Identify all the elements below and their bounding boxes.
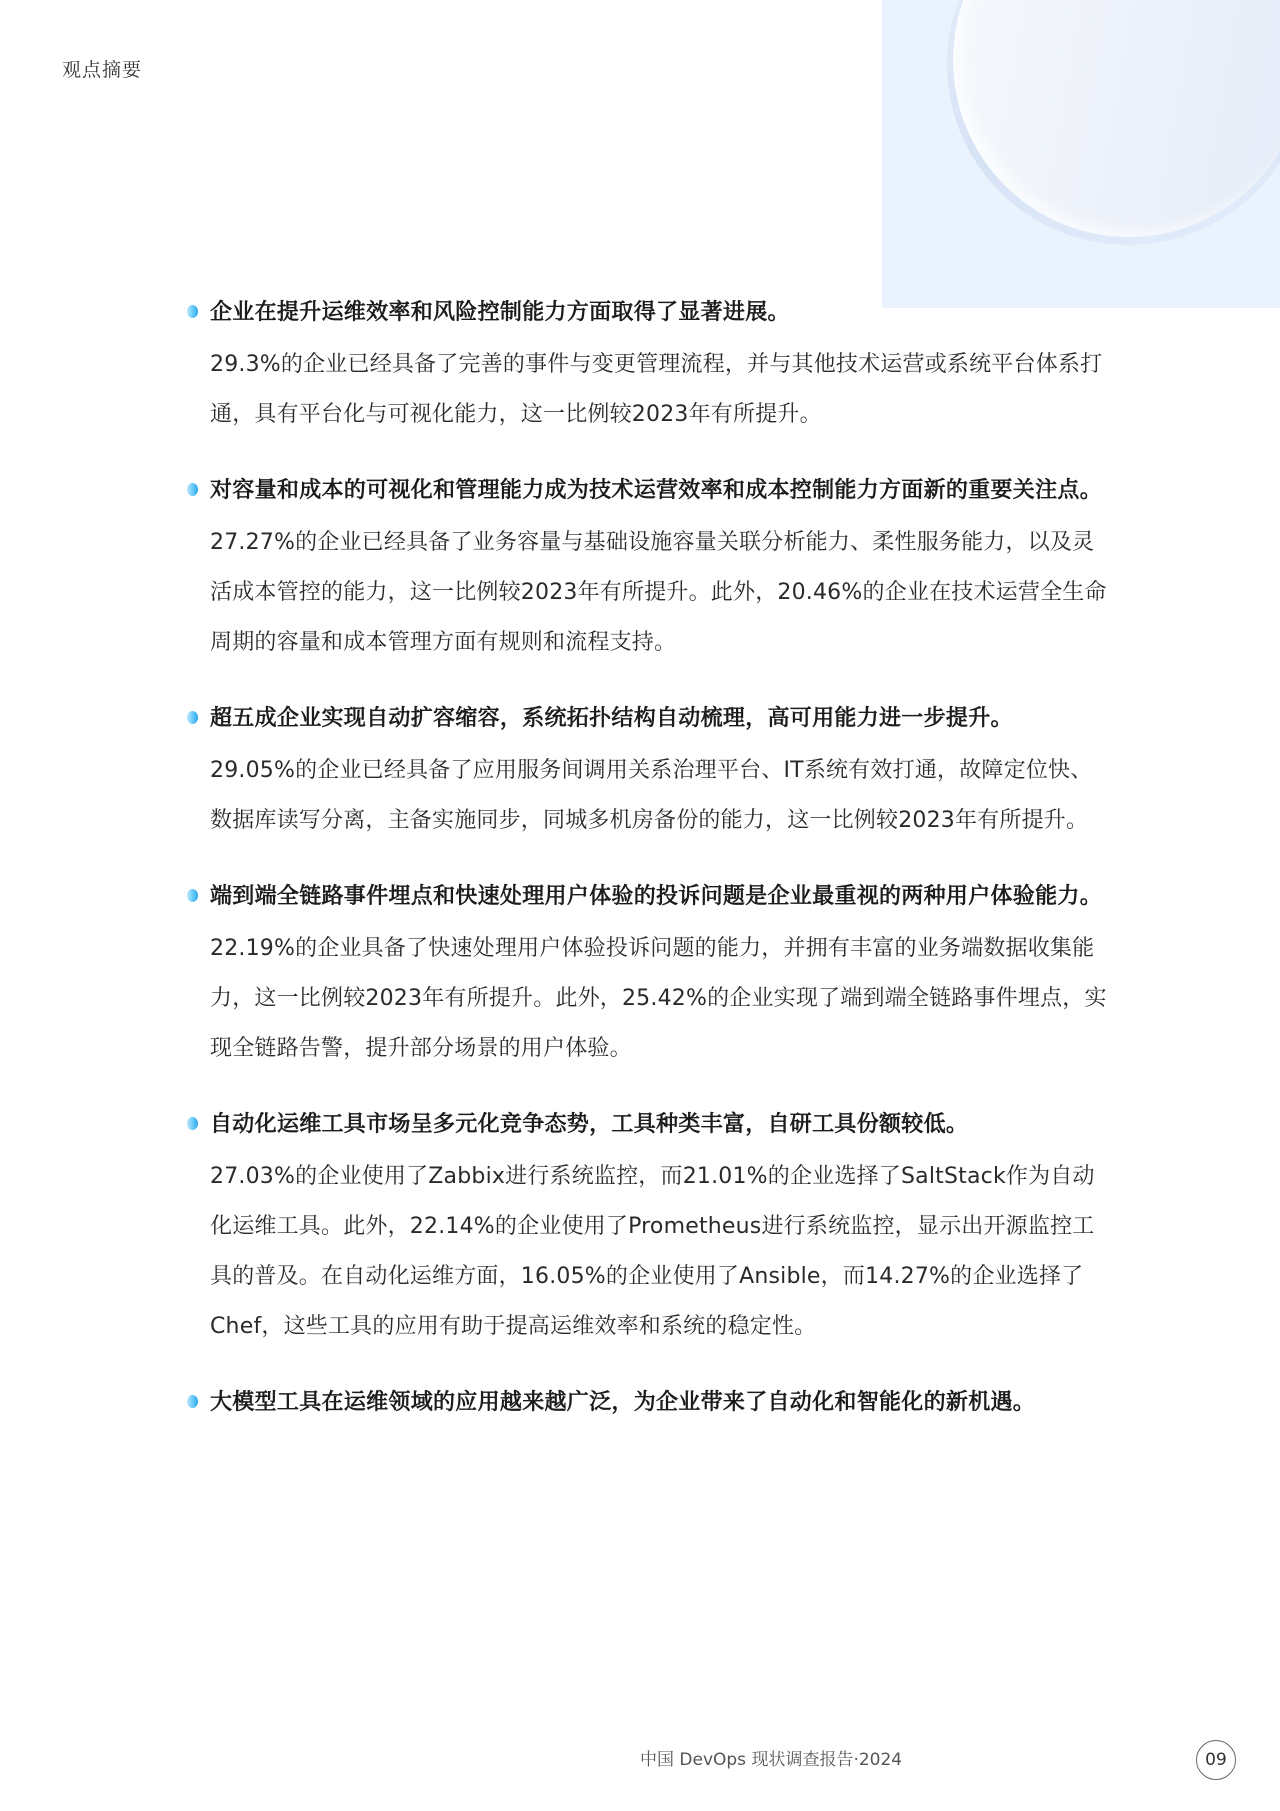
bullet-dot-icon bbox=[187, 1117, 198, 1130]
page-number: 09 bbox=[1196, 1740, 1236, 1780]
bullet-dot-icon bbox=[187, 711, 198, 724]
section-label: 观点摘要 bbox=[62, 55, 142, 82]
key-point: 对容量和成本的可视化和管理能力成为技术运营效率和成本控制能力方面新的重要关注点。… bbox=[187, 466, 1107, 668]
key-point: 大模型工具在运维领域的应用越来越广泛，为企业带来了自动化和智能化的新机遇。 bbox=[187, 1378, 1107, 1428]
key-point: 自动化运维工具市场呈多元化竞争态势，工具种类丰富，自研工具份额较低。 27.03… bbox=[187, 1100, 1107, 1352]
key-point-body: 29.05%的企业已经具备了应用服务间调用关系治理平台、IT系统有效打通，故障定… bbox=[210, 746, 1107, 846]
key-point-body: 27.27%的企业已经具备了业务容量与基础设施容量关联分析能力、柔性服务能力，以… bbox=[210, 518, 1107, 668]
key-point-title: 超五成企业实现自动扩容缩容，系统拓扑结构自动梳理，高可用能力进一步提升。 bbox=[210, 694, 1107, 744]
bullet-dot-icon bbox=[187, 483, 198, 496]
bullet-dot-icon bbox=[187, 1395, 198, 1408]
key-points-list: 企业在提升运维效率和风险控制能力方面取得了显著进展。 29.3%的企业已经具备了… bbox=[187, 288, 1107, 1454]
footer-report-title: 中国 DevOps 现状调查报告·2024 bbox=[640, 1745, 902, 1770]
key-point-title: 自动化运维工具市场呈多元化竞争态势，工具种类丰富，自研工具份额较低。 bbox=[210, 1100, 1107, 1150]
decorative-panel bbox=[882, 0, 1280, 308]
key-point-title: 对容量和成本的可视化和管理能力成为技术运营效率和成本控制能力方面新的重要关注点。 bbox=[210, 466, 1107, 516]
key-point-body: 27.03%的企业使用了Zabbix进行系统监控，而21.01%的企业选择了Sa… bbox=[210, 1152, 1107, 1352]
bullet-dot-icon bbox=[187, 889, 198, 902]
key-point: 企业在提升运维效率和风险控制能力方面取得了显著进展。 29.3%的企业已经具备了… bbox=[187, 288, 1107, 440]
bullet-dot-icon bbox=[187, 305, 198, 318]
key-point: 端到端全链路事件埋点和快速处理用户体验的投诉问题是企业最重视的两种用户体验能力。… bbox=[187, 872, 1107, 1074]
key-point-title: 端到端全链路事件埋点和快速处理用户体验的投诉问题是企业最重视的两种用户体验能力。 bbox=[210, 872, 1107, 922]
key-point-title: 大模型工具在运维领域的应用越来越广泛，为企业带来了自动化和智能化的新机遇。 bbox=[210, 1378, 1107, 1428]
decorative-circle bbox=[953, 0, 1280, 237]
key-point: 超五成企业实现自动扩容缩容，系统拓扑结构自动梳理，高可用能力进一步提升。 29.… bbox=[187, 694, 1107, 846]
key-point-title: 企业在提升运维效率和风险控制能力方面取得了显著进展。 bbox=[210, 288, 1107, 338]
key-point-body: 29.3%的企业已经具备了完善的事件与变更管理流程，并与其他技术运营或系统平台体… bbox=[210, 340, 1107, 440]
key-point-body: 22.19%的企业具备了快速处理用户体验投诉问题的能力，并拥有丰富的业务端数据收… bbox=[210, 924, 1107, 1074]
